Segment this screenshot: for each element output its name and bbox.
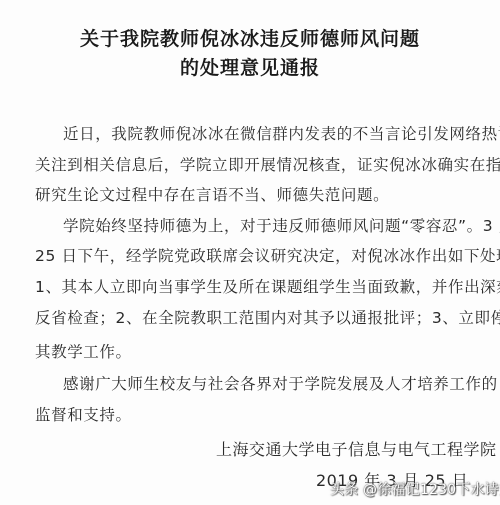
paragraph-2-line-1: 学院始终坚持师德为上，对于违反师德师风问题“零容忍”。3 月 bbox=[63, 214, 500, 236]
paragraph-1-line-2: 关注到相关信息后，学院立即开展情况核查，证实倪冰冰确实在指导 bbox=[35, 153, 475, 175]
signature-institution: 上海交通大学电子信息与电气工程学院 bbox=[216, 437, 497, 460]
source-watermark: 头条 @徐福记1230下水诗文 bbox=[330, 479, 500, 499]
paragraph-2-line-3: 1、其本人立即向当事学生及所在课题组学生当面致歉，并作出深刻 bbox=[35, 275, 475, 297]
paragraph-1-line-1: 近日，我院教师倪冰冰在微信群内发表的不当言论引发网络热议。 bbox=[63, 122, 500, 144]
document-title-line-1: 关于我院教师倪冰冰违反师德师风问题 bbox=[0, 24, 500, 51]
paragraph-2-line-5: 其教学工作。 bbox=[35, 340, 475, 362]
paragraph-1-line-3: 研究生论文过程中存在言语不当、师德失范问题。 bbox=[35, 183, 475, 205]
document-title-line-2: 的处理意见通报 bbox=[0, 53, 500, 80]
notice-document: 关于我院教师倪冰冰违反师德师风问题 的处理意见通报 近日，我院教师倪冰冰在微信群… bbox=[0, 0, 500, 505]
paragraph-2-line-2: 25 日下午，经学院党政联席会议研究决定，对倪冰冰作出如下处理： bbox=[35, 244, 475, 266]
paragraph-3-line-1: 感谢广大师生校友与社会各界对于学院发展及人才培养工作的 bbox=[63, 372, 500, 394]
paragraph-3-line-2: 监督和支持。 bbox=[35, 403, 475, 425]
paragraph-2-line-4: 反省检查；2、在全院教职工范围内对其予以通报批评；3、立即停止 bbox=[35, 306, 475, 328]
